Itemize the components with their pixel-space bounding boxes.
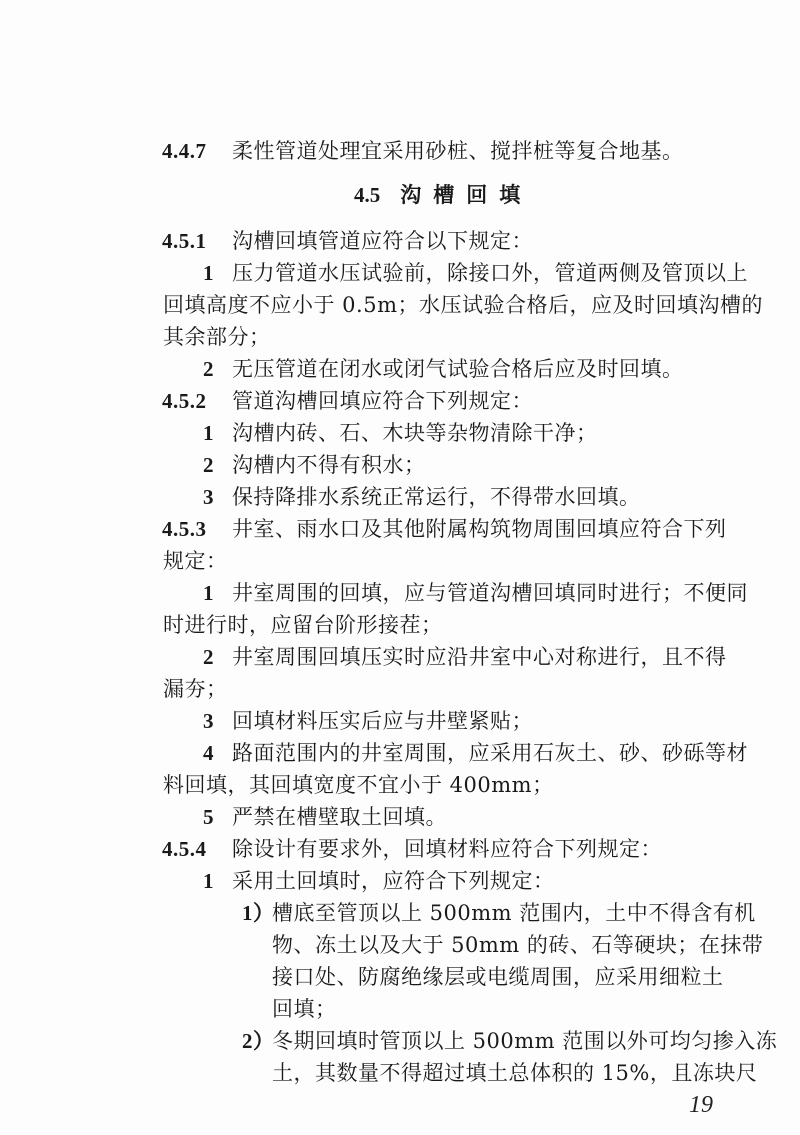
clause-text: 除设计有要求外，回填材料应符合下列规定： — [232, 833, 662, 865]
item-text: 漏夯； — [163, 673, 228, 705]
item-text: 其余部分； — [163, 321, 271, 353]
section-number: 4.5 — [354, 183, 380, 207]
document-page: 4.4.7 柔性管道处理宜采用砂桩、搅拌桩等复合地基。 4.5沟槽回填 4.5.… — [0, 0, 800, 1135]
item-number: 1 — [203, 865, 214, 897]
item-number: 4 — [203, 737, 214, 769]
item-number: 2 — [203, 353, 214, 385]
clause-text: 规定： — [163, 545, 228, 577]
clause-4-4-7: 4.4.7 — [162, 135, 207, 167]
item-number: 3 — [203, 481, 214, 513]
item-text: 时进行时，应留台阶形接茬； — [163, 609, 443, 641]
clause-number: 4.4.7 — [162, 139, 207, 163]
page-number: 19 — [689, 1092, 713, 1119]
section-title: 沟槽回填 — [400, 183, 532, 207]
item-text: 路面范围内的井室周围，应采用石灰土、砂、砂砾等材 — [232, 737, 748, 769]
item-number: 1 — [203, 417, 214, 449]
subitem-number: 1） — [242, 897, 275, 929]
clause-text: 沟槽回填管道应符合以下规定： — [232, 225, 533, 257]
clause-text: 管道沟槽回填应符合下列规定： — [232, 385, 533, 417]
item-number: 2 — [203, 449, 214, 481]
subitem-text: 槽底至管顶以上 500mm 范围内，土中不得含有机 — [272, 897, 756, 929]
item-text: 采用土回填时，应符合下列规定： — [232, 865, 555, 897]
clause-number: 4.5.4 — [162, 833, 207, 865]
item-text: 回填高度不应小于 0.5m；水压试验合格后，应及时回填沟槽的 — [163, 289, 763, 321]
item-number: 1 — [203, 257, 214, 289]
item-text: 料回填，其回填宽度不宜小于 400mm； — [163, 769, 554, 801]
clause-number: 4.5.2 — [162, 385, 207, 417]
subitem-text: 回填； — [272, 993, 337, 1025]
item-number: 2 — [203, 641, 214, 673]
item-text: 无压管道在闭水或闭气试验合格后应及时回填。 — [232, 353, 684, 385]
item-text: 严禁在槽壁取土回填。 — [232, 801, 447, 833]
item-text: 井室周围的回填，应与管道沟槽回填同时进行；不便同 — [232, 577, 748, 609]
item-text: 压力管道水压试验前，除接口外，管道两侧及管顶以上 — [232, 257, 748, 289]
item-text: 沟槽内不得有积水； — [232, 449, 426, 481]
clause-text: 井室、雨水口及其他附属构筑物周围回填应符合下列 — [232, 513, 727, 545]
item-number: 5 — [203, 801, 214, 833]
clause-4-4-7-text: 柔性管道处理宜采用砂桩、搅拌桩等复合地基。 — [232, 135, 684, 167]
item-text: 保持降排水系统正常运行，不得带水回填。 — [232, 481, 641, 513]
item-text: 井室周围回填压实时应沿井室中心对称进行，且不得 — [232, 641, 727, 673]
subitem-text: 物、冻土以及大于 50mm 的砖、石等硬块；在抹带 — [272, 929, 763, 961]
item-text: 沟槽内砖、石、木块等杂物清除干净； — [232, 417, 598, 449]
subitem-text: 冬期回填时管顶以上 500mm 范围以外可均匀掺入冻 — [272, 1025, 777, 1057]
item-number: 3 — [203, 705, 214, 737]
clause-number: 4.5.1 — [162, 225, 207, 257]
section-heading: 4.5沟槽回填 — [354, 179, 532, 211]
item-number: 1 — [203, 577, 214, 609]
subitem-text: 土，其数量不得超过填土总体积的 15%，且冻块尺 — [272, 1057, 757, 1089]
subitem-text: 接口处、防腐绝缘层或电缆周围，应采用细粒土 — [272, 961, 724, 993]
subitem-number: 2） — [242, 1025, 275, 1057]
clause-number: 4.5.3 — [162, 513, 207, 545]
item-text: 回填材料压实后应与井壁紧贴； — [232, 705, 533, 737]
